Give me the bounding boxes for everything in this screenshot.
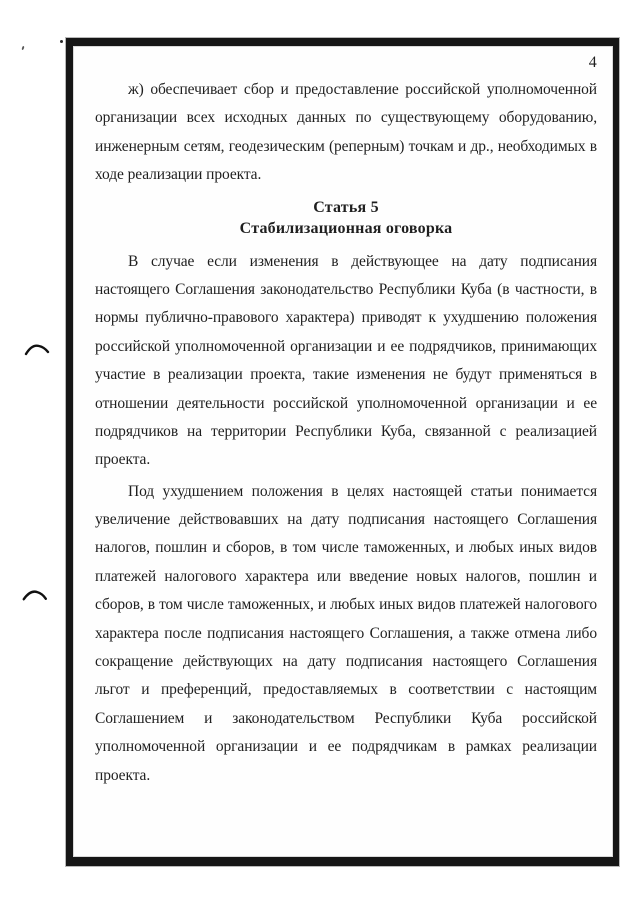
text-line: проекта. — [95, 762, 597, 790]
page-body: ж) обеспечивает сбор и предоставление ро… — [95, 76, 597, 793]
text-line: подрядчиков на территории Республики Куб… — [95, 418, 597, 446]
scanned-document: 4 ж) обеспечивает сбор и предоставление … — [0, 0, 640, 905]
text-line: В случае если изменения в действующее на… — [95, 248, 597, 276]
article-heading-line: Статья 5 — [95, 197, 597, 218]
article-heading: Статья 5Стабилизационная оговорка — [95, 197, 597, 239]
text-line: проекта. — [95, 446, 597, 474]
paragraph: В случае если изменения в действующее на… — [95, 248, 597, 475]
text-line: сокращение действующих на дату подписани… — [95, 648, 597, 676]
text-line: российской уполномоченной организации и … — [95, 333, 597, 361]
scan-speck — [21, 46, 24, 50]
paragraph: Под ухудшением положения в целях настоящ… — [95, 478, 597, 790]
binding-arc-icon — [24, 343, 50, 357]
text-line: участие в реализации проекта, такие изме… — [95, 361, 597, 389]
text-line: увеличение действовавших на дату подписа… — [95, 506, 597, 534]
binding-arc-icon — [22, 588, 49, 604]
text-line: платежей налогового характера или введен… — [95, 563, 597, 591]
text-line: ж) обеспечивает сбор и предоставление ро… — [95, 76, 597, 104]
text-line: уполномоченной организации и ее подрядчи… — [95, 733, 597, 761]
paragraph: ж) обеспечивает сбор и предоставление ро… — [95, 76, 597, 190]
page-number: 4 — [589, 54, 597, 72]
scan-speck — [60, 40, 63, 43]
text-line: настоящего Соглашения законодательство Р… — [95, 276, 597, 304]
text-line: сборов, в том числе таможенных, и любых … — [95, 591, 597, 619]
text-line: отношении деятельности российской уполно… — [95, 390, 597, 418]
article-heading-line: Стабилизационная оговорка — [95, 218, 597, 239]
text-line: Под ухудшением положения в целях настоящ… — [95, 478, 597, 506]
text-line: ходе реализации проекта. — [95, 161, 597, 189]
text-line: Соглашением и законодательством Республи… — [95, 705, 597, 733]
text-line: характера после подписания настоящего Со… — [95, 620, 597, 648]
text-line: налогов, пошлин и сборов, в том числе та… — [95, 534, 597, 562]
text-line: инженерным сетям, геодезическим (реперны… — [95, 133, 597, 161]
text-line: льгот и преференций, предоставляемых в с… — [95, 676, 597, 704]
text-line: организации всех исходных данных по суще… — [95, 104, 597, 132]
text-line: нормы публично-правового характера) прив… — [95, 304, 597, 332]
document-page: 4 ж) обеспечивает сбор и предоставление … — [66, 38, 619, 866]
